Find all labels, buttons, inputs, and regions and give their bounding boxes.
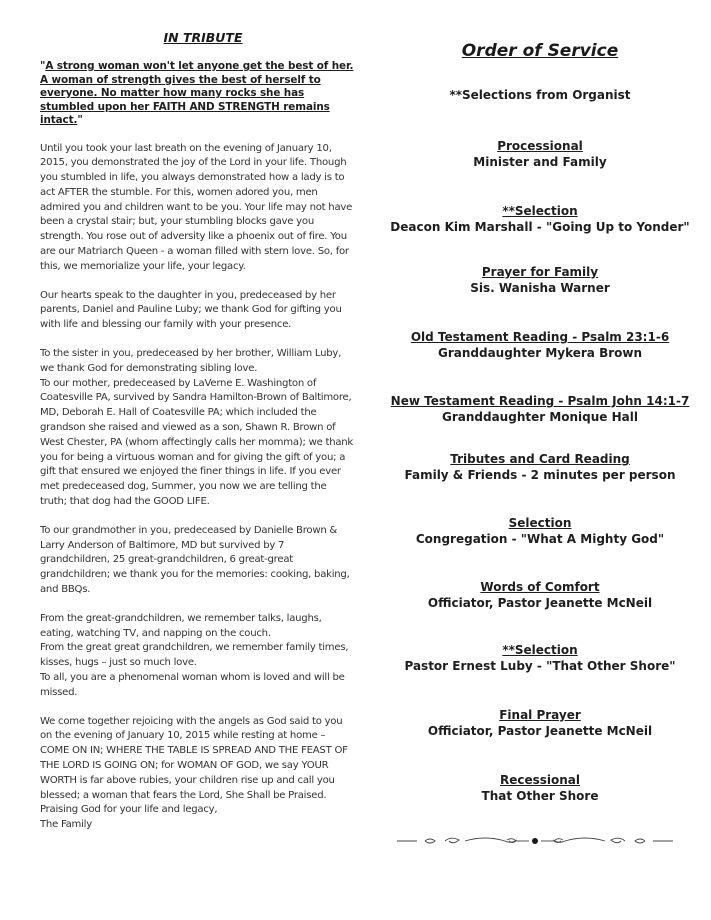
tribute-paragraph-intro: Until you took your last breath on the e… — [40, 142, 356, 275]
service-item-selection-1: **Selection Deacon Kim Marshall - "Going… — [370, 203, 710, 235]
tribute-closing: Praising God for your life and legacy, — [40, 803, 356, 818]
service-item-tributes: Tributes and Card Reading Family & Frien… — [370, 451, 710, 483]
quote-close-mark: " — [77, 114, 82, 126]
service-item-new-testament: New Testament Reading - Psalm John 14:1-… — [370, 393, 710, 425]
tribute-paragraph-to-all: To all, you are a phenomenal woman whom … — [40, 671, 356, 701]
order-of-service-column: Order of Service **Selections from Organ… — [370, 41, 710, 920]
service-item-processional: Processional Minister and Family — [370, 138, 710, 170]
service-item-old-testament: Old Testament Reading - Psalm 23:1-6 Gra… — [370, 329, 710, 361]
service-item-detail: Granddaughter Monique Hall — [370, 409, 710, 425]
service-item-detail: That Other Shore — [370, 788, 710, 804]
service-item-heading: **Selection — [370, 203, 710, 219]
service-item-final-prayer: Final Prayer Officiator, Pastor Jeanette… — [370, 707, 710, 739]
service-item-heading: Words of Comfort — [370, 579, 710, 595]
service-item-heading: Final Prayer — [370, 707, 710, 723]
service-item-detail: Pastor Ernest Luby - "That Other Shore" — [370, 658, 710, 674]
service-item-detail: Sis. Wanisha Warner — [370, 280, 710, 296]
service-item-detail: Deacon Kim Marshall - "Going Up to Yonde… — [370, 219, 710, 235]
tribute-paragraph-sister: To the sister in you, predeceased by her… — [40, 347, 356, 377]
tribute-paragraph-great-grandchildren: From the great-grandchildren, we remembe… — [40, 612, 356, 642]
service-item-selection-2: **Selection Pastor Ernest Luby - "That O… — [370, 642, 710, 674]
service-item-heading: Old Testament Reading - Psalm 23:1-6 — [370, 329, 710, 345]
service-item-prayer-for-family: Prayer for Family Sis. Wanisha Warner — [370, 264, 710, 296]
service-item-heading: Tributes and Card Reading — [370, 451, 710, 467]
tribute-paragraph-rejoicing: We come together rejoicing with the ange… — [40, 715, 356, 804]
service-item-heading: Prayer for Family — [370, 264, 710, 280]
service-item-heading: Processional — [370, 138, 710, 154]
service-item-detail: Officiator, Pastor Jeanette McNeil — [370, 595, 710, 611]
service-item-detail: Family & Friends - 2 minutes per person — [370, 467, 710, 483]
service-item-selection-congregation: Selection Congregation - "What A Mighty … — [370, 515, 710, 547]
service-item-heading: Selection — [370, 515, 710, 531]
scroll-divider-ornament-icon — [395, 833, 675, 849]
organist-selections: **Selections from Organist — [370, 88, 710, 102]
service-item-detail: Officiator, Pastor Jeanette McNeil — [370, 723, 710, 739]
tribute-paragraph-great-great-grandchildren: From the great great grandchildren, we r… — [40, 641, 356, 671]
service-item-heading: New Testament Reading - Psalm John 14:1-… — [370, 393, 710, 409]
tribute-paragraph-grandmother: To our grandmother in you, predeceased b… — [40, 524, 356, 598]
service-item-recessional: Recessional That Other Shore — [370, 772, 710, 804]
service-item-words-of-comfort: Words of Comfort Officiator, Pastor Jean… — [370, 579, 710, 611]
tribute-quote: "A strong woman won't let anyone get the… — [40, 60, 356, 128]
quote-text: A strong woman won't let anyone get the … — [40, 60, 353, 126]
service-item-detail: Minister and Family — [370, 154, 710, 170]
service-item-detail: Congregation - "What A Mighty God" — [370, 531, 710, 547]
order-of-service-title: Order of Service — [370, 41, 710, 71]
tribute-paragraph-mother: To our mother, predeceased by LaVerne E.… — [40, 377, 356, 510]
tribute-title: IN TRIBUTE — [40, 30, 356, 45]
service-item-heading: Recessional — [370, 772, 710, 788]
service-item-heading: **Selection — [370, 642, 710, 658]
tribute-column: IN TRIBUTE "A strong woman won't let any… — [40, 30, 356, 833]
tribute-signature: The Family — [40, 818, 356, 833]
service-item-detail: Granddaughter Mykera Brown — [370, 345, 710, 361]
tribute-paragraph-daughter: Our hearts speak to the daughter in you,… — [40, 289, 356, 333]
